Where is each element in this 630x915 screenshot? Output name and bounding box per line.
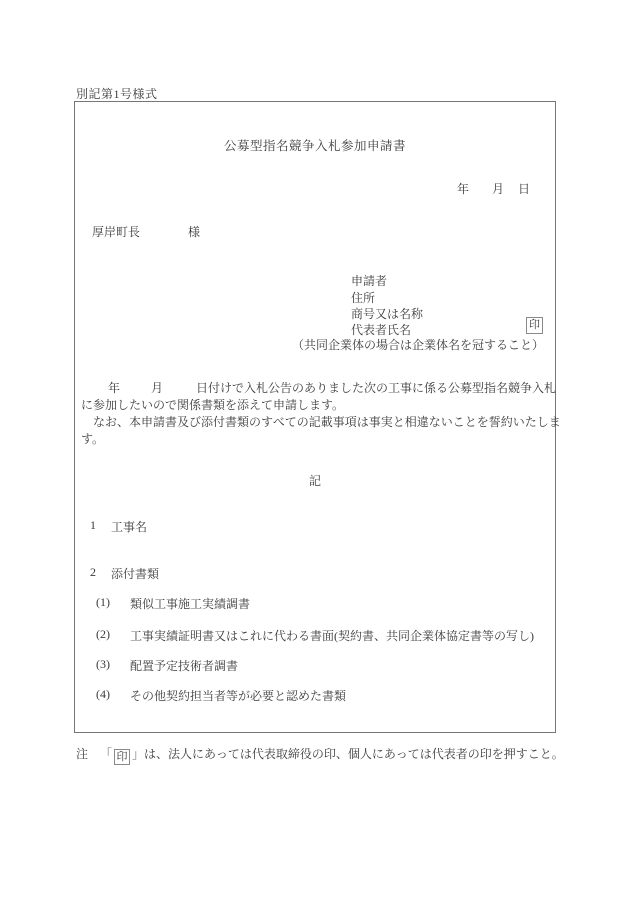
footer-note-open-bracket: 「 xyxy=(100,747,112,761)
footer-note: 注「印」は、法人にあっては代表取締役の印、個人にあっては代表者の印を押すこと。 xyxy=(76,745,564,765)
document-page: 別記第1号様式 公募型指名競争入札参加申請書 年 月 日 厚岸町長様 申請者 住… xyxy=(0,0,630,915)
applicant-trade-name-label: 商号又は名称 xyxy=(351,305,423,322)
footer-note-close-bracket: 」 xyxy=(132,747,144,761)
attachment-4-label: その他契約担当者等が必要と認めた書類 xyxy=(130,687,346,704)
statement-month-label: 月 xyxy=(151,381,163,395)
attachment-1-number: (1) xyxy=(96,595,110,610)
date-month-label: 月 xyxy=(492,180,504,197)
attachment-3-label: 配置予定技術者調書 xyxy=(130,657,238,674)
application-statement: 年月日付けで入札公告のありました次の工事に係る公募型指名競争入札 に参加したいの… xyxy=(81,380,554,448)
applicant-heading: 申請者 xyxy=(351,272,387,289)
attachment-1-label: 類似工事施工実績調書 xyxy=(130,595,250,612)
applicant-address-label: 住所 xyxy=(351,289,375,306)
addressee-line: 厚岸町長様 xyxy=(92,223,200,240)
statement-year-label: 年 xyxy=(108,381,120,395)
section-2-label: 添付書類 xyxy=(111,565,159,582)
date-year-label: 年 xyxy=(457,180,469,197)
attachment-3-number: (3) xyxy=(96,657,110,672)
attachment-2-number: (2) xyxy=(96,627,110,642)
attachment-4-number: (4) xyxy=(96,687,110,702)
section-1-label: 工事名 xyxy=(111,518,147,535)
footer-note-text: は、法人にあっては代表取締役の印、個人にあっては代表者の印を押すこと。 xyxy=(144,747,564,761)
footer-note-seal-mark: 印 xyxy=(114,749,130,765)
attachment-2-label: 工事実績証明書又はこれに代わる書面(契約書、共同企業体協定書等の写し) xyxy=(130,627,534,644)
date-day-label: 日 xyxy=(518,180,530,197)
statement-line-1-text: 日付けで入札公告のありました次の工事に係る公募型指名競争入札 xyxy=(196,381,556,395)
form-number-label: 別記第1号様式 xyxy=(76,85,158,102)
statement-line-4: す。 xyxy=(81,431,554,448)
document-title: 公募型指名競争入札参加申請書 xyxy=(75,136,555,154)
footer-note-prefix: 注 xyxy=(76,747,88,761)
statement-line-3: なお、本申請書及び添付書類のすべての記載事項は事実と相違ないことを誓約いたしま xyxy=(81,414,554,431)
addressee-name: 厚岸町長 xyxy=(92,225,140,239)
record-heading: 記 xyxy=(75,472,555,489)
statement-line-1: 年月日付けで入札公告のありました次の工事に係る公募型指名競争入札 xyxy=(81,380,554,397)
section-2-number: 2 xyxy=(90,565,96,580)
statement-line-2: に参加したいので関係書類を添えて申請します。 xyxy=(81,397,554,414)
joint-venture-note: （共同企業体の場合は企業体名を冠すること） xyxy=(292,336,544,353)
addressee-honorific: 様 xyxy=(188,225,200,239)
section-1-number: 1 xyxy=(90,518,96,533)
form-border-box: 公募型指名競争入札参加申請書 年 月 日 厚岸町長様 申請者 住所 商号又は名称… xyxy=(74,101,556,733)
representative-seal-mark: 印 xyxy=(526,317,543,334)
